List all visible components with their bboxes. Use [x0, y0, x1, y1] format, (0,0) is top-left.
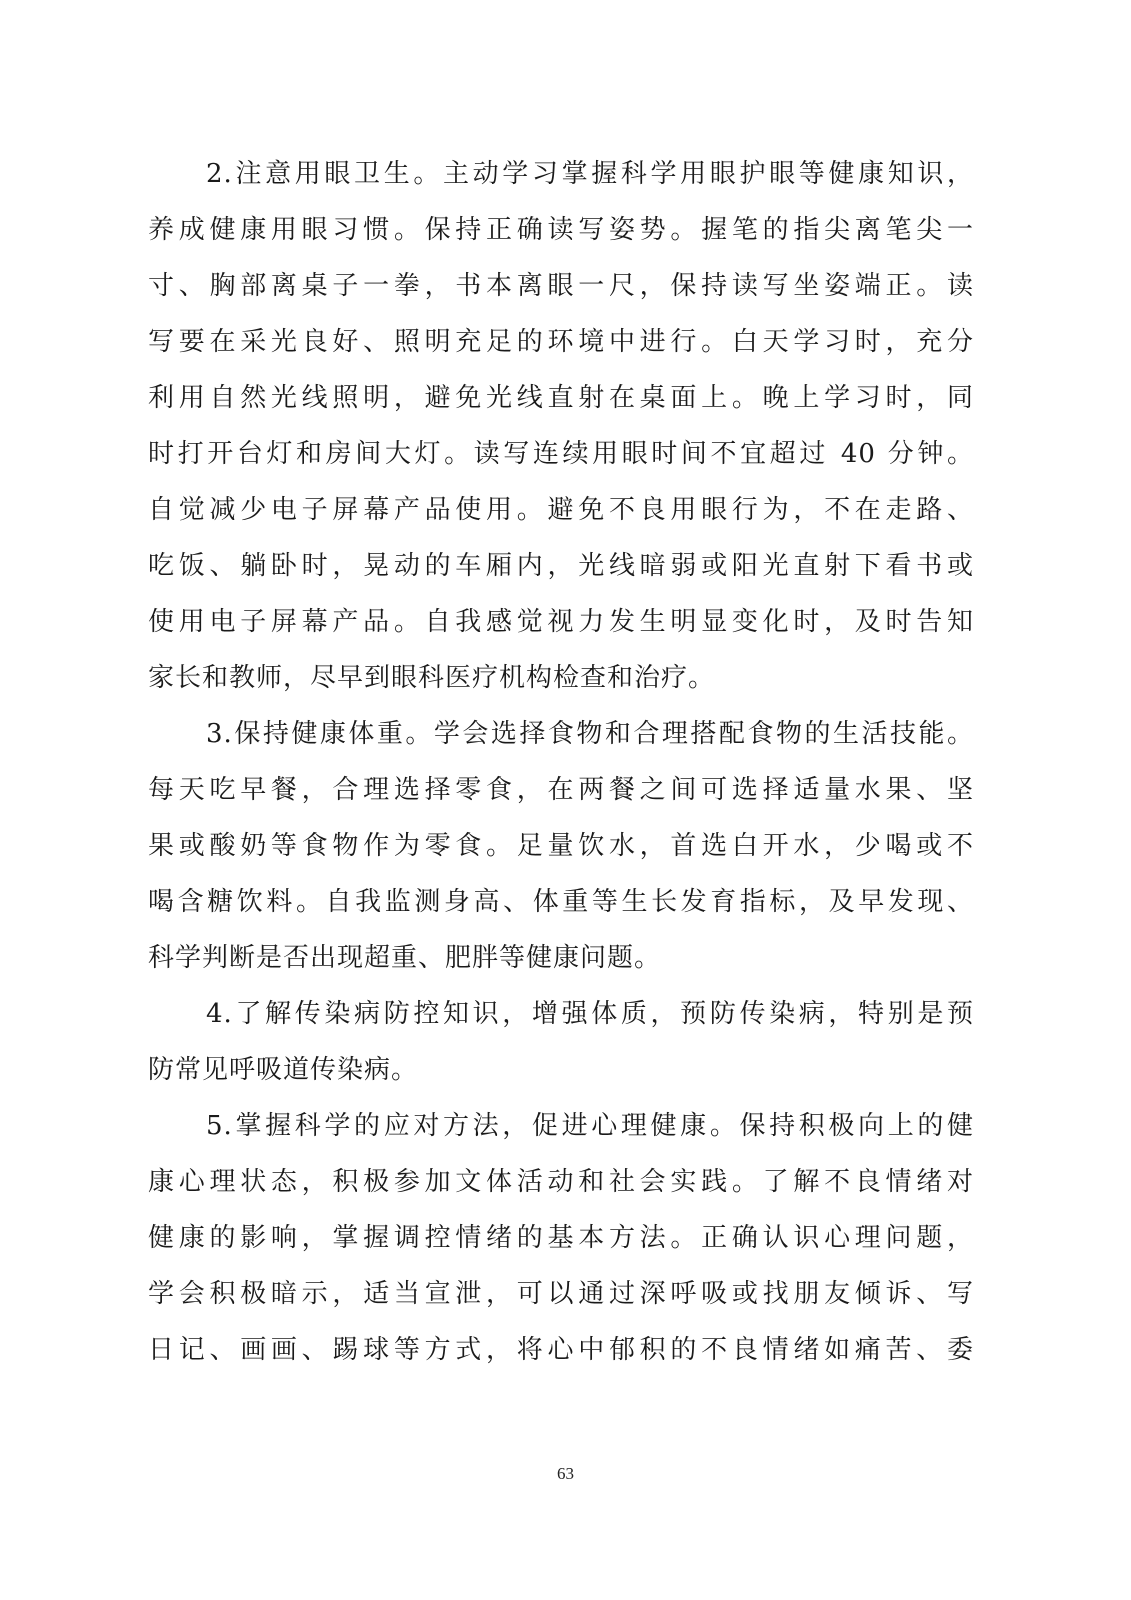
paragraph-item-4: 4.了解传染病防控知识，增强体质，预防传染病，特别是预 防常见呼吸道传染病。	[148, 986, 974, 1098]
text-line: 4.了解传染病防控知识，增强体质，预防传染病，特别是预	[148, 986, 974, 1042]
text-line: 康心理状态，积极参加文体活动和社会实践。了解不良情绪对	[148, 1154, 974, 1210]
text-line: 自觉减少电子屏幕产品使用。避免不良用眼行为，不在走路、	[148, 482, 974, 538]
text-line: 2.注意用眼卫生。主动学习掌握科学用眼护眼等健康知识，	[148, 146, 974, 202]
text-line: 喝含糖饮料。自我监测身高、体重等生长发育指标，及早发现、	[148, 874, 974, 930]
text-line: 日记、画画、踢球等方式，将心中郁积的不良情绪如痛苦、委	[148, 1322, 974, 1378]
text-line: 5.掌握科学的应对方法，促进心理健康。保持积极向上的健	[148, 1098, 974, 1154]
text-line: 写要在采光良好、照明充足的环境中进行。白天学习时，充分	[148, 314, 974, 370]
text-line: 利用自然光线照明，避免光线直射在桌面上。晚上学习时，同	[148, 370, 974, 426]
text-line: 使用电子屏幕产品。自我感觉视力发生明显变化时，及时告知	[148, 594, 974, 650]
text-line: 吃饭、躺卧时，晃动的车厢内，光线暗弱或阳光直射下看书或	[148, 538, 974, 594]
paragraph-item-5: 5.掌握科学的应对方法，促进心理健康。保持积极向上的健 康心理状态，积极参加文体…	[148, 1098, 974, 1378]
text-line: 科学判断是否出现超重、肥胖等健康问题。	[148, 930, 974, 986]
text-line: 果或酸奶等食物作为零食。足量饮水，首选白开水，少喝或不	[148, 818, 974, 874]
text-line: 3.保持健康体重。学会选择食物和合理搭配食物的生活技能。	[148, 706, 974, 762]
text-line: 每天吃早餐，合理选择零食，在两餐之间可选择适量水果、坚	[148, 762, 974, 818]
paragraph-item-2: 2.注意用眼卫生。主动学习掌握科学用眼护眼等健康知识， 养成健康用眼习惯。保持正…	[148, 146, 974, 706]
page-number: 63	[0, 1464, 1131, 1484]
text-line: 寸、胸部离桌子一拳，书本离眼一尺，保持读写坐姿端正。读	[148, 258, 974, 314]
document-page: 2.注意用眼卫生。主动学习掌握科学用眼护眼等健康知识， 养成健康用眼习惯。保持正…	[0, 0, 1131, 1600]
paragraph-item-3: 3.保持健康体重。学会选择食物和合理搭配食物的生活技能。 每天吃早餐，合理选择零…	[148, 706, 974, 986]
text-line: 时打开台灯和房间大灯。读写连续用眼时间不宜超过 40 分钟。	[148, 426, 974, 482]
text-line: 养成健康用眼习惯。保持正确读写姿势。握笔的指尖离笔尖一	[148, 202, 974, 258]
text-line: 学会积极暗示，适当宣泄，可以通过深呼吸或找朋友倾诉、写	[148, 1266, 974, 1322]
text-line: 家长和教师，尽早到眼科医疗机构检查和治疗。	[148, 650, 974, 706]
text-line: 防常见呼吸道传染病。	[148, 1042, 974, 1098]
text-line: 健康的影响，掌握调控情绪的基本方法。正确认识心理问题，	[148, 1210, 974, 1266]
body-text: 2.注意用眼卫生。主动学习掌握科学用眼护眼等健康知识， 养成健康用眼习惯。保持正…	[148, 146, 974, 1378]
